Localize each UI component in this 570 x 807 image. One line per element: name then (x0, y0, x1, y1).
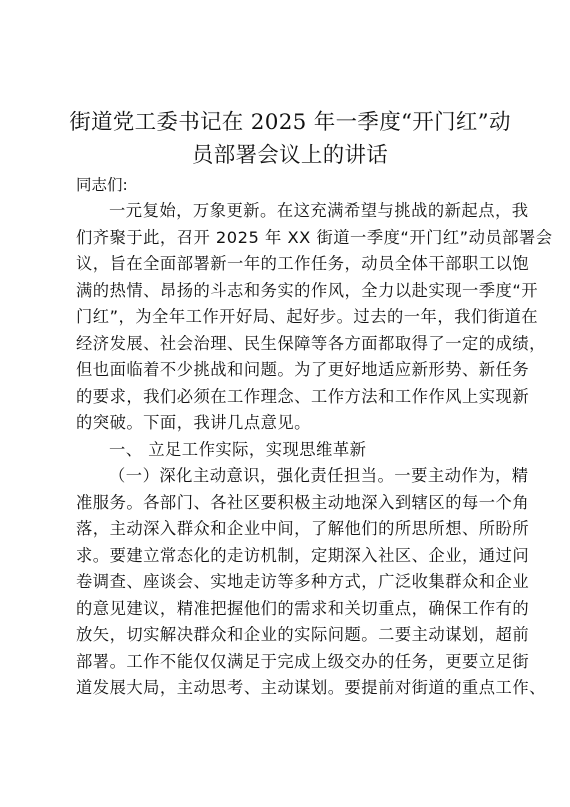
paragraph-line: 道发展大局，主动思考、主动谋划。要提前对街道的重点工作、 (76, 675, 496, 702)
paragraph-line: 求。要建立常态化的走访机制，定期深入社区、企业，通过问 (76, 543, 496, 570)
paragraph-line: 满的热情、昂扬的斗志和务实的作风，全力以赴实现一季度“开 (76, 278, 496, 305)
paragraph-line: 卷调查、座谈会、实地走访等多种方式，广泛收集群众和企业 (76, 569, 496, 596)
paragraph-line: 们齐聚于此，召开 2025 年 XX 街道一季度“开门红”动员部署会 (76, 225, 496, 252)
subsection-line: （一）深化主动意识，强化责任担当。一要主动作为，精 (76, 463, 496, 490)
paragraph-line: 的意见建议，精准把握他们的需求和关切重点，确保工作有的 (76, 596, 496, 623)
document-page: 街道党工委书记在 2025 年一季度“开门红”动 员部署会议上的讲话 同志们: … (0, 0, 570, 807)
paragraph-line: 准服务。各部门、各社区要积极主动地深入到辖区的每一个角 (76, 490, 496, 517)
paragraph-line: 但也面临着不少挑战和问题。为了更好地适应新形势、新任务 (76, 357, 496, 384)
document-title-line-2: 员部署会议上的讲话 (60, 140, 520, 172)
paragraph-line: 放矢，切实解决群众和企业的实际问题。二要主动谋划，超前 (76, 622, 496, 649)
section-heading: 一、 立足工作实际，实现思维革新 (76, 437, 496, 464)
salutation: 同志们: (76, 174, 128, 196)
paragraph-line: 门红”，为全年工作开好局、起好步。过去的一年，我们街道在 (76, 304, 496, 331)
paragraph-line: 议，旨在全面部署新一年的工作任务，动员全体干部职工以饱 (76, 251, 496, 278)
paragraph-line: 落，主动深入群众和企业中间，了解他们的所思所想、所盼所 (76, 516, 496, 543)
document-title-line-1: 街道党工委书记在 2025 年一季度“开门红”动 (60, 107, 520, 139)
paragraph-line: 的突破。下面，我讲几点意见。 (76, 410, 496, 437)
paragraph-line: 经济发展、社会治理、民生保障等各方面都取得了一定的成绩， (76, 331, 496, 358)
paragraph-line: 部署。工作不能仅仅满足于完成上级交办的任务，更要立足街 (76, 649, 496, 676)
paragraph-line: 一元复始，万象更新。在这充满希望与挑战的新起点，我 (76, 198, 496, 225)
paragraph-line: 的要求，我们必须在工作理念、工作方法和工作作风上实现新 (76, 384, 496, 411)
document-body: 一元复始，万象更新。在这充满希望与挑战的新起点，我 们齐聚于此，召开 2025 … (76, 198, 496, 702)
